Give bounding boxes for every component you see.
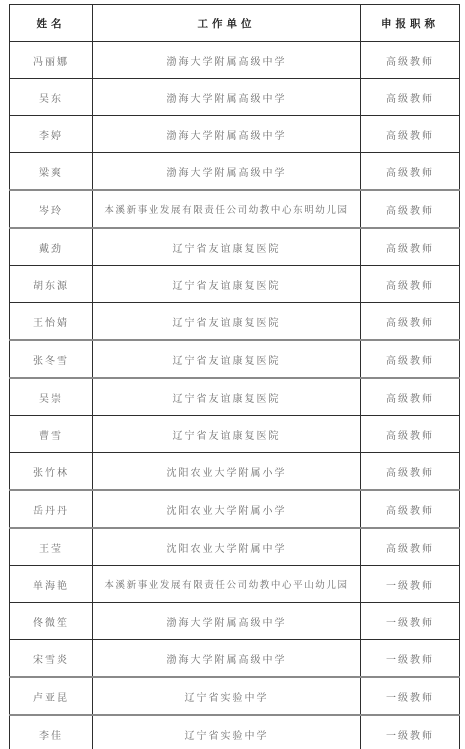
cell-title: 一级教师	[361, 640, 460, 678]
table-row: 戴劲 辽宁省友谊康复医院 高级教师	[10, 228, 460, 266]
cell-unit: 沈阳农业大学附属中学	[93, 528, 361, 566]
cell-unit: 辽宁省友谊康复医院	[93, 303, 361, 341]
cell-name: 王莹	[10, 528, 93, 566]
cell-unit: 辽宁省友谊康复医院	[93, 378, 361, 416]
cell-title: 一级教师	[361, 715, 460, 749]
table-row: 王莹 沈阳农业大学附属中学 高级教师	[10, 528, 460, 566]
table-row: 李婷 渤海大学附属高级中学 高级教师	[10, 116, 460, 153]
table-row: 吴崇 辽宁省友谊康复医院 高级教师	[10, 378, 460, 416]
cell-title: 高级教师	[361, 116, 460, 153]
cell-unit: 辽宁省友谊康复医院	[93, 228, 361, 266]
header-unit: 工作单位	[93, 5, 361, 42]
table-row: 王怡婧 辽宁省友谊康复医院 高级教师	[10, 303, 460, 341]
cell-unit: 渤海大学附属高级中学	[93, 116, 361, 153]
cell-name: 曹雪	[10, 416, 93, 453]
cell-title: 高级教师	[361, 490, 460, 528]
cell-title: 高级教师	[361, 378, 460, 416]
cell-unit: 本溪新事业发展有限责任公司幼教中心平山幼儿园	[93, 566, 361, 603]
cell-name: 吴东	[10, 79, 93, 116]
cell-name: 胡东源	[10, 266, 93, 303]
personnel-table: 姓名 工作单位 申报职称 冯丽娜 渤海大学附属高级中学 高级教师 吴东 渤海大学…	[9, 4, 460, 749]
cell-name: 岳丹丹	[10, 490, 93, 528]
table-row: 岳丹丹 沈阳农业大学附属小学 高级教师	[10, 490, 460, 528]
table-row: 曹雪 辽宁省友谊康复医院 高级教师	[10, 416, 460, 453]
table-row: 宋雪炎 渤海大学附属高级中学 一级教师	[10, 640, 460, 678]
cell-unit: 渤海大学附属高级中学	[93, 603, 361, 640]
cell-title: 高级教师	[361, 453, 460, 491]
cell-title: 一级教师	[361, 566, 460, 603]
cell-name: 李婷	[10, 116, 93, 153]
cell-unit: 辽宁省友谊康复医院	[93, 416, 361, 453]
cell-name: 单海艳	[10, 566, 93, 603]
cell-title: 高级教师	[361, 79, 460, 116]
cell-name: 李佳	[10, 715, 93, 749]
cell-unit: 渤海大学附属高级中学	[93, 640, 361, 678]
table-row: 冯丽娜 渤海大学附属高级中学 高级教师	[10, 42, 460, 79]
table-row: 梁爽 渤海大学附属高级中学 高级教师	[10, 153, 460, 191]
cell-title: 高级教师	[361, 153, 460, 191]
cell-unit: 辽宁省实验中学	[93, 715, 361, 749]
table-header-row: 姓名 工作单位 申报职称	[10, 5, 460, 42]
cell-unit: 辽宁省实验中学	[93, 677, 361, 715]
cell-title: 高级教师	[361, 528, 460, 566]
cell-title: 一级教师	[361, 677, 460, 715]
table-row: 张冬雪 辽宁省友谊康复医院 高级教师	[10, 340, 460, 378]
cell-unit: 渤海大学附属高级中学	[93, 42, 361, 79]
table-row: 佟微笙 渤海大学附属高级中学 一级教师	[10, 603, 460, 640]
cell-unit: 辽宁省友谊康复医院	[93, 340, 361, 378]
header-name: 姓名	[10, 5, 93, 42]
cell-name: 戴劲	[10, 228, 93, 266]
cell-title: 高级教师	[361, 190, 460, 228]
cell-title: 高级教师	[361, 266, 460, 303]
table-row: 胡东源 辽宁省友谊康复医院 高级教师	[10, 266, 460, 303]
cell-unit: 沈阳农业大学附属小学	[93, 453, 361, 491]
cell-unit: 渤海大学附属高级中学	[93, 153, 361, 191]
cell-name: 佟微笙	[10, 603, 93, 640]
cell-title: 高级教师	[361, 303, 460, 341]
cell-title: 高级教师	[361, 42, 460, 79]
cell-name: 冯丽娜	[10, 42, 93, 79]
cell-name: 张冬雪	[10, 340, 93, 378]
cell-name: 岑玲	[10, 190, 93, 228]
cell-unit: 辽宁省友谊康复医院	[93, 266, 361, 303]
cell-title: 高级教师	[361, 228, 460, 266]
cell-title: 高级教师	[361, 340, 460, 378]
cell-name: 王怡婧	[10, 303, 93, 341]
header-title: 申报职称	[361, 5, 460, 42]
table-row: 吴东 渤海大学附属高级中学 高级教师	[10, 79, 460, 116]
cell-name: 梁爽	[10, 153, 93, 191]
cell-unit: 本溪新事业发展有限责任公司幼教中心东明幼儿园	[93, 190, 361, 228]
cell-title: 一级教师	[361, 603, 460, 640]
cell-name: 张竹林	[10, 453, 93, 491]
table-row: 李佳 辽宁省实验中学 一级教师	[10, 715, 460, 749]
cell-name: 吴崇	[10, 378, 93, 416]
cell-unit: 沈阳农业大学附属小学	[93, 490, 361, 528]
table-row: 单海艳 本溪新事业发展有限责任公司幼教中心平山幼儿园 一级教师	[10, 566, 460, 603]
cell-title: 高级教师	[361, 416, 460, 453]
table-row: 卢亚昆 辽宁省实验中学 一级教师	[10, 677, 460, 715]
table-row: 岑玲 本溪新事业发展有限责任公司幼教中心东明幼儿园 高级教师	[10, 190, 460, 228]
table-row: 张竹林 沈阳农业大学附属小学 高级教师	[10, 453, 460, 491]
personnel-table-container: 姓名 工作单位 申报职称 冯丽娜 渤海大学附属高级中学 高级教师 吴东 渤海大学…	[9, 4, 459, 749]
cell-name: 卢亚昆	[10, 677, 93, 715]
cell-name: 宋雪炎	[10, 640, 93, 678]
cell-unit: 渤海大学附属高级中学	[93, 79, 361, 116]
